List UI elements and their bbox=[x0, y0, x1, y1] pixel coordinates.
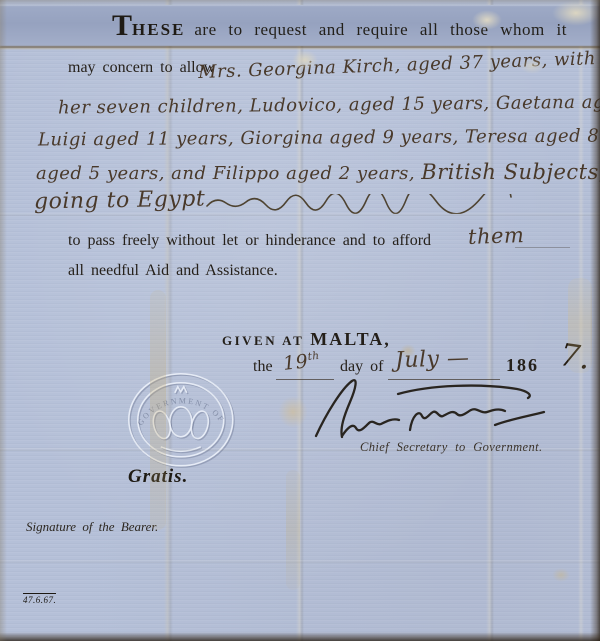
fold-crease-horizontal bbox=[0, 560, 600, 563]
paper-stain bbox=[552, 568, 570, 582]
day-handwritten: 19th bbox=[282, 349, 321, 375]
header-drop-initial: T bbox=[112, 11, 132, 41]
handwritten-squiggle-line bbox=[205, 194, 515, 214]
children-handwritten-line1: her seven children, Ludovico, aged 15 ye… bbox=[58, 91, 600, 119]
header-rest: are to request and require all those who… bbox=[194, 20, 567, 40]
header-strip: THESE are to request and require all tho… bbox=[0, 5, 600, 46]
header-smallcaps: HESE bbox=[132, 20, 185, 40]
body-line-allow: may concern to allow bbox=[68, 59, 215, 77]
body-line-aid: all needful Aid and Assistance. bbox=[68, 262, 278, 280]
secretary-signature bbox=[298, 372, 560, 444]
scan-edge-shadow-left bbox=[0, 0, 7, 641]
svg-text:GOVERNMENT OF MALTA: GOVERNMENT OF MALTA bbox=[124, 368, 229, 428]
body-line-pass: to pass freely without let or hinderance… bbox=[68, 232, 431, 250]
month-handwritten: July — bbox=[395, 346, 470, 374]
children-handwritten-line3: aged 5 years, and Filippo aged 2 years, … bbox=[36, 160, 600, 184]
place-label: MALTA, bbox=[310, 329, 391, 349]
children-handwritten-line3-text: aged 5 years, and Filippo aged 2 years, bbox=[36, 163, 415, 184]
gratis-label: Gratis. bbox=[128, 466, 188, 488]
given-at-line: Given atMALTA, bbox=[222, 329, 391, 350]
embossed-government-seal: GOVERNMENT OF MALTA bbox=[124, 368, 238, 472]
day-suffix: th bbox=[307, 350, 320, 363]
ruled-blank-line bbox=[515, 246, 570, 248]
given-at-label: Given at bbox=[222, 333, 304, 348]
fold-stain-streak bbox=[286, 470, 300, 590]
signatory-title: Chief Secretary to Government. bbox=[360, 440, 543, 455]
registry-notation: 47.6.67. bbox=[23, 593, 56, 605]
date-the-label: the bbox=[253, 358, 273, 376]
bearer-name-handwritten: Mrs. Georgina Kirch, aged 37 years, with bbox=[198, 48, 597, 83]
british-subjects-handwritten: British Subjects, bbox=[421, 160, 600, 184]
seal-text: GOVERNMENT OF MALTA bbox=[124, 368, 229, 428]
document-page: THESE are to request and require all tho… bbox=[0, 0, 600, 641]
scan-edge-shadow-bottom bbox=[0, 632, 600, 641]
destination-handwritten: going to Egypt bbox=[34, 187, 206, 215]
bearer-signature-caption: Signature of the Bearer. bbox=[26, 519, 158, 535]
children-handwritten-line2: Luigi aged 11 years, Giorgina aged 9 yea… bbox=[38, 125, 600, 151]
header-text: THESE are to request and require all tho… bbox=[112, 5, 567, 46]
year-digit-handwritten: 7. bbox=[558, 337, 593, 377]
